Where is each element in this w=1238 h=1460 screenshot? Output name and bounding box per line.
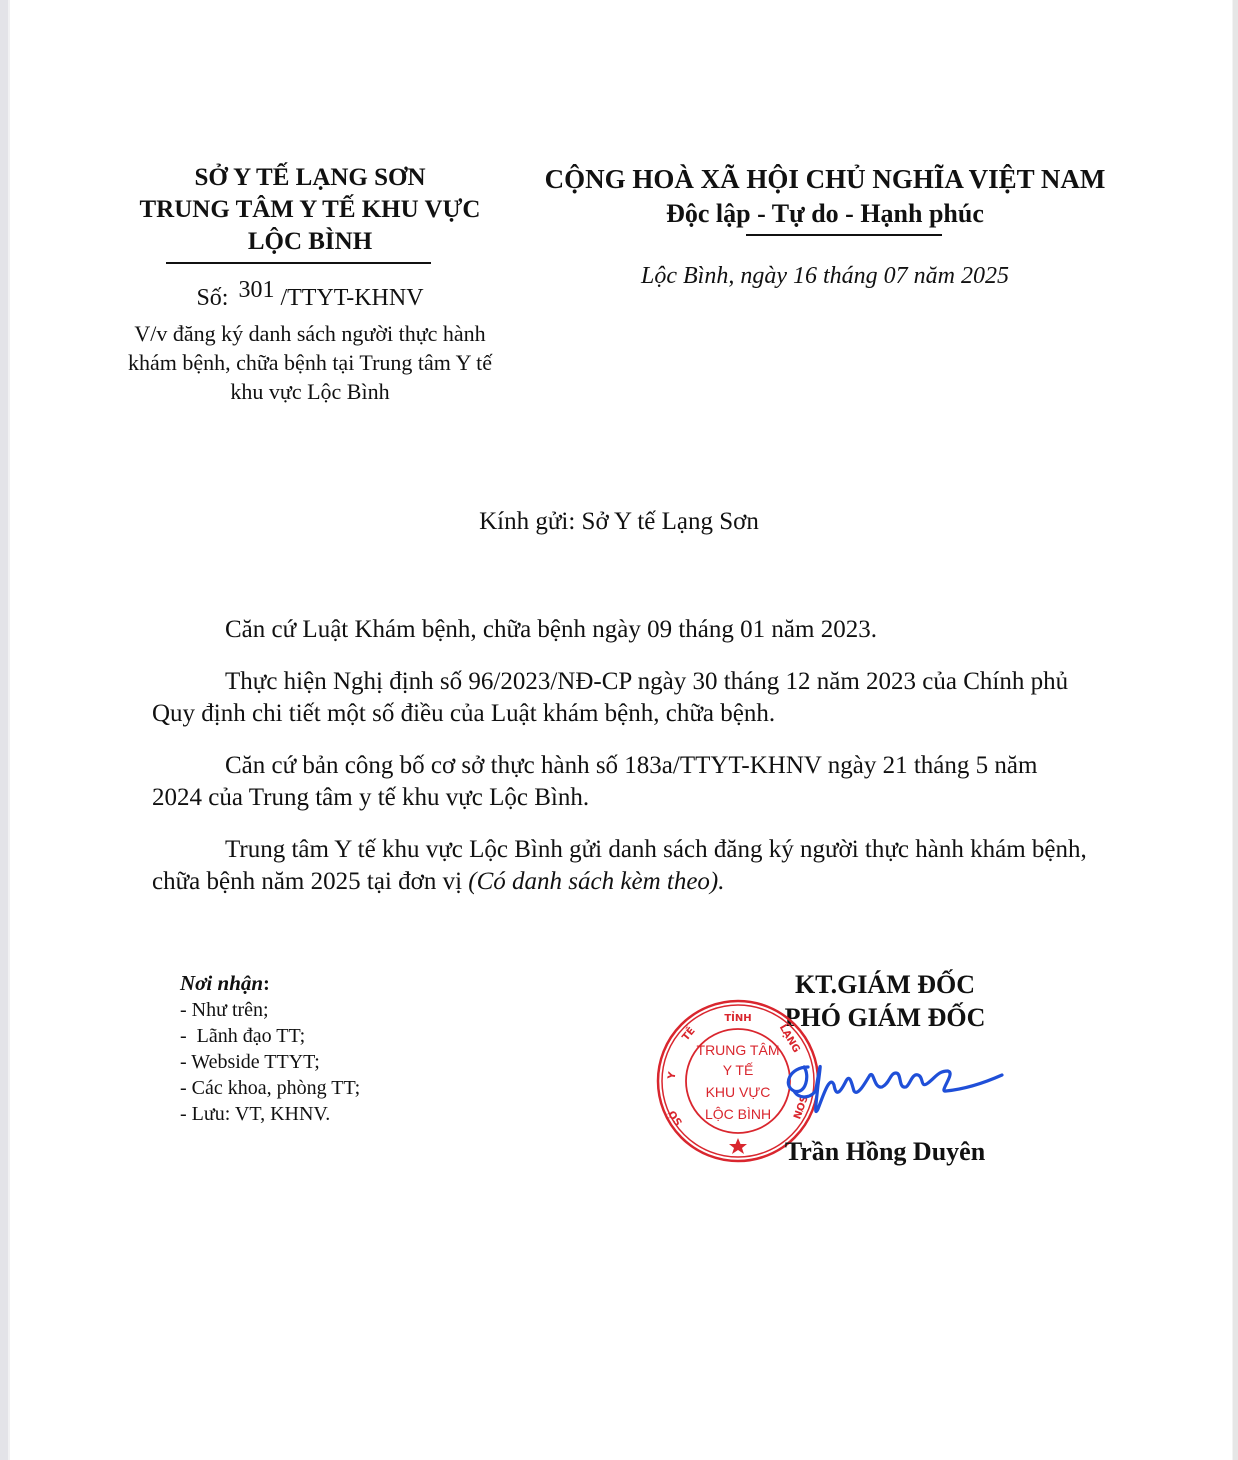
stamp-inner-line: TRUNG TÂM <box>697 1042 780 1058</box>
recipient-item: - Lưu: VT, KHNV. <box>180 1101 480 1127</box>
recipient-item: - Các khoa, phòng TT; <box>180 1075 480 1101</box>
org-line: LỘC BÌNH <box>100 226 520 258</box>
motto-underline <box>746 234 942 236</box>
org-underline <box>166 262 431 264</box>
org-line: TRUNG TÂM Y TẾ KHU VỰC <box>100 194 520 226</box>
document-number: Số:301/TTYT-KHNV <box>100 283 520 313</box>
stamp-inner-line: KHU VỰC <box>706 1084 771 1100</box>
place-and-date: Lộc Bình, ngày 16 tháng 07 năm 2025 <box>530 260 1120 292</box>
recipient-item: - Webside TTYT; <box>180 1049 480 1075</box>
page-edge-left-shadow <box>8 0 10 1460</box>
subject-line: khám bệnh, chữa bệnh tại Trung tâm Y tế <box>100 348 520 377</box>
recipients-title-colon: : <box>263 973 270 995</box>
doc-number-suffix: /TTYT-KHNV <box>280 285 423 311</box>
recipients-title: Nơi nhận <box>180 971 263 995</box>
page-edge-left <box>0 0 8 1460</box>
stamp-inner-line: LỘC BÌNH <box>705 1106 771 1122</box>
attachment-note: (Có danh sách kèm theo). <box>468 868 724 895</box>
body-paragraph: Căn cứ Luật Khám bệnh, chữa bệnh ngày 09… <box>152 614 1087 646</box>
issuing-organization: SỞ Y TẾ LẠNG SƠN TRUNG TÂM Y TẾ KHU VỰC … <box>100 162 520 258</box>
page-edge-right <box>1233 0 1238 1460</box>
body-paragraph: Thực hiện Nghị định số 96/2023/NĐ-CP ngà… <box>152 666 1087 730</box>
doc-number-value: 301 <box>238 277 274 303</box>
subject-line: V/v đăng ký danh sách người thực hành <box>100 319 520 348</box>
subject-line: khu vực Lộc Bình <box>100 377 520 406</box>
recipient-item: - Như trên; <box>180 997 480 1023</box>
document-body: Căn cứ Luật Khám bệnh, chữa bệnh ngày 09… <box>152 614 1087 918</box>
stamp-text-top: TỈNH <box>724 1010 751 1024</box>
doc-number-label: Số: <box>196 285 228 311</box>
signer-name: Trần Hồng Duyên <box>760 1135 1010 1168</box>
national-motto: Độc lập - Tự do - Hạnh phúc <box>530 197 1120 231</box>
body-paragraph: Căn cứ bản công bố cơ sở thực hành số 18… <box>152 750 1087 814</box>
signatory-line: KT.GIÁM ĐỐC <box>760 968 1010 1001</box>
national-title: CỘNG HOÀ XÃ HỘI CHỦ NGHĨA VIỆT NAM <box>530 162 1120 196</box>
body-paragraph: Trung tâm Y tế khu vực Lộc Bình gửi danh… <box>152 834 1087 898</box>
recipient-item: - Lãnh đạo TT; <box>180 1023 480 1049</box>
document-subject: V/v đăng ký danh sách người thực hành kh… <box>100 319 520 406</box>
addressee: Kính gửi: Sở Y tế Lạng Sơn <box>0 505 1238 539</box>
svg-text:Y: Y <box>666 1070 678 1081</box>
handwritten-signature-icon <box>770 1045 1010 1125</box>
org-line: SỞ Y TẾ LẠNG SƠN <box>100 162 520 194</box>
recipients-block: Nơi nhận: - Như trên; - Lãnh đạo TT; - W… <box>180 970 480 1127</box>
stamp-inner-line: Y TẾ <box>723 1062 754 1078</box>
page-edge-right-shadow <box>1232 0 1233 1460</box>
